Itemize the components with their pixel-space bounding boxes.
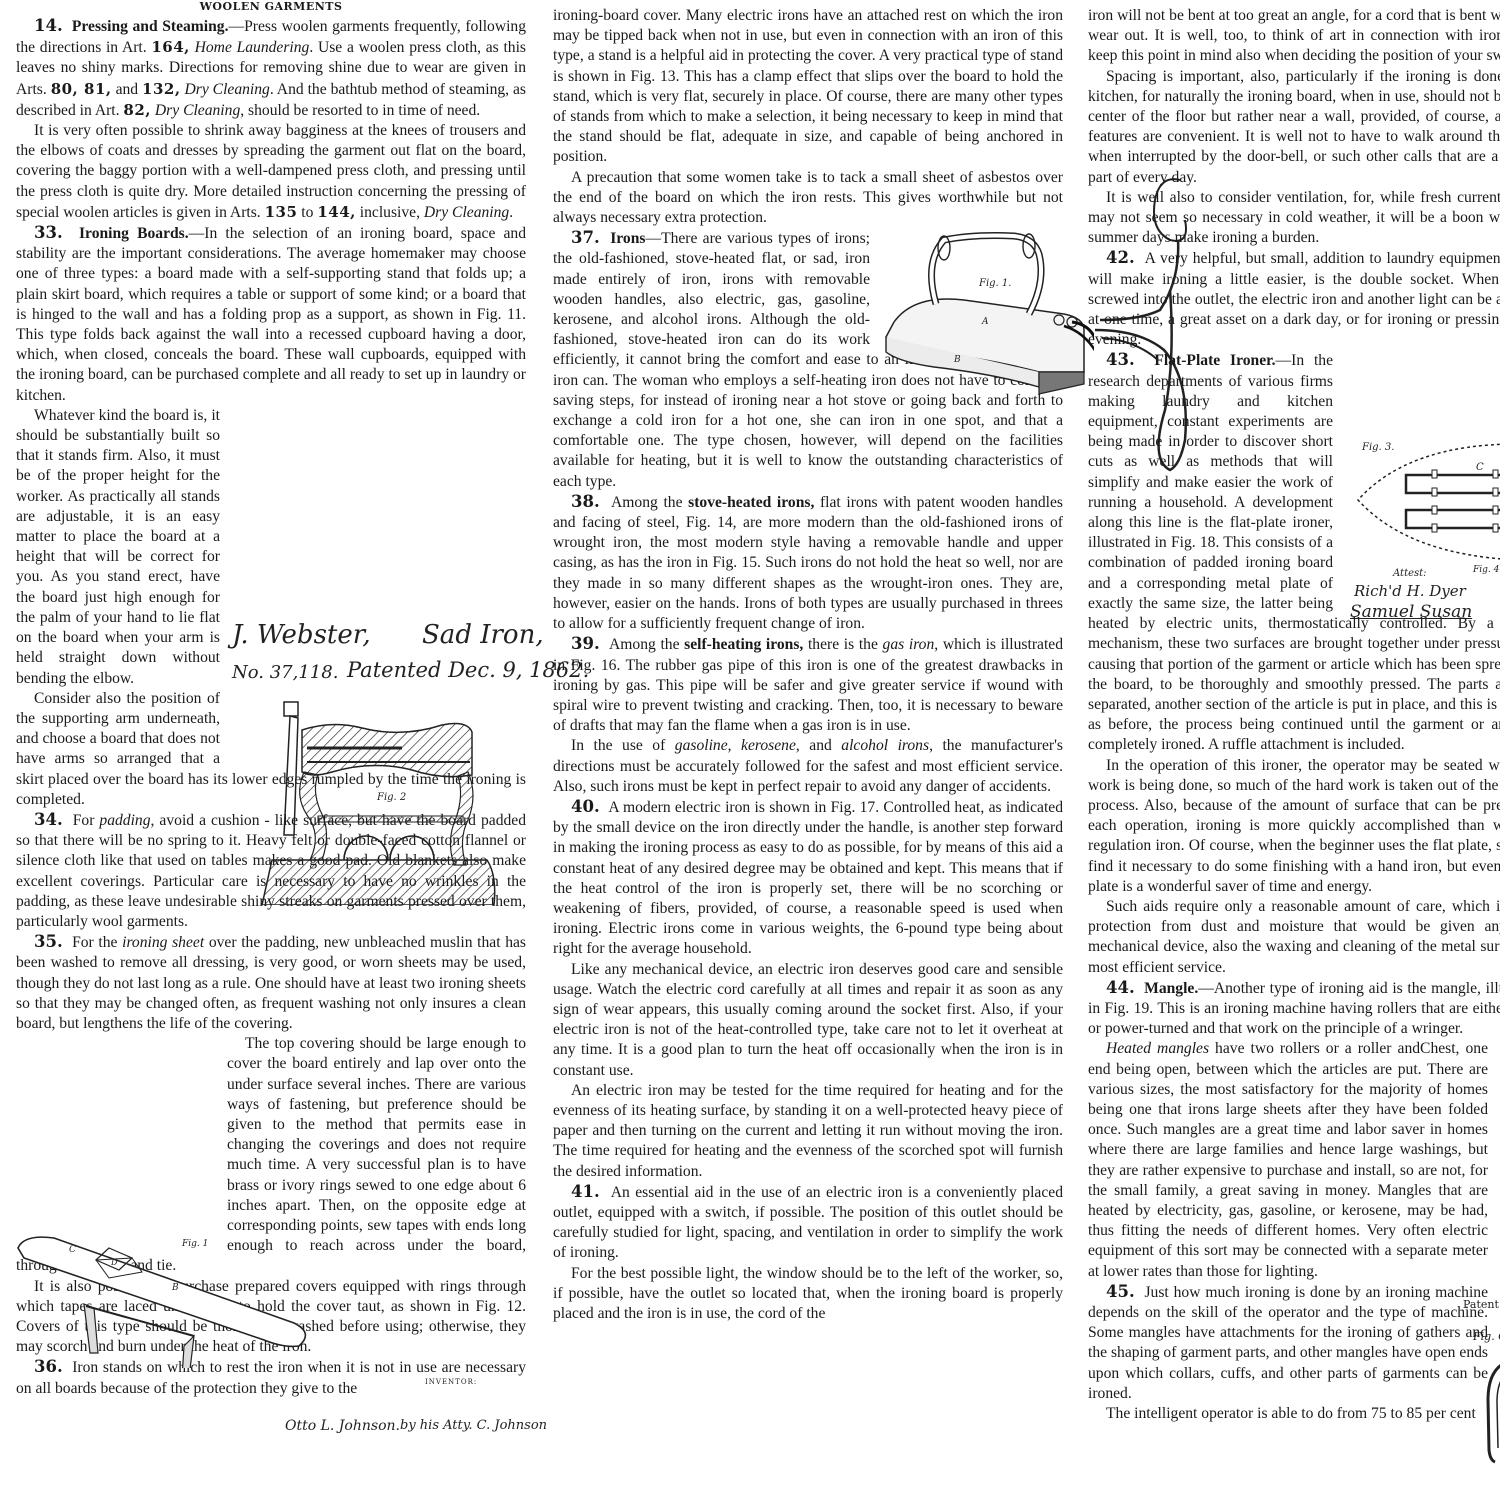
paragraph-such-aids: Such aids require only a reasonable amou…: [1088, 897, 1500, 978]
svg-text:D: D: [110, 1258, 118, 1267]
article-number: 34.: [34, 810, 63, 829]
paragraph-like-any: Like any mechanical device, an electric …: [553, 960, 1063, 1081]
paragraph-ventilation: It is well also to consider ventilation,…: [1088, 188, 1500, 249]
article-45: 45. Just how much ironing is done by an …: [1088, 1282, 1500, 1404]
article-14: 14. Pressing and Steaming.—Press woolen …: [16, 16, 526, 121]
document-page: WOOLEN GARMENTS 14. Pressing and Steamin…: [0, 0, 1500, 1500]
article-39: 39. Among the self-heating irons, there …: [553, 634, 1063, 736]
article-number: 33.: [34, 223, 63, 242]
svg-text:Fig. 1: Fig. 1: [181, 1239, 208, 1249]
paragraph-cord-cont: iron will not be bent at too great an an…: [1088, 6, 1500, 67]
svg-text:Fig. 1.: Fig. 1.: [978, 278, 1011, 289]
inventor-signature: Otto L. Johnson.: [285, 1418, 400, 1434]
inventor-label: INVENTOR:: [425, 1378, 477, 1386]
article-38: 38. Among the stove-heated irons, flat i…: [553, 492, 1063, 634]
article-41: 41. An essential aid in the use of an el…: [553, 1182, 1063, 1264]
article-number: 37.: [571, 228, 600, 247]
svg-text:Fig. 4.: Fig. 4.: [1472, 565, 1500, 575]
mangle-roller-icon: [1453, 1290, 1500, 1490]
article-33: 33. Ironing Boards.—In the selection of …: [16, 223, 526, 406]
svg-text:C: C: [1476, 462, 1484, 473]
article-heading: Mangle.: [1144, 980, 1198, 997]
article-heading: Irons: [610, 230, 645, 247]
sad-iron-icon: Fig. 1. A B: [874, 222, 1094, 412]
article-number: 39.: [571, 634, 600, 653]
paragraph-spacing: Spacing is important, also, particularly…: [1088, 67, 1500, 188]
column-middle: ironing-board cover. Many electric irons…: [553, 6, 1063, 1324]
ironing-board-icon: C D B Fig. 1: [14, 1228, 314, 1368]
attest-label: Attest:: [1393, 568, 1427, 579]
article-number: 43.: [1106, 350, 1135, 369]
figure-ironing-board: C D B Fig. 1: [14, 1228, 314, 1368]
flat-plate-diagram-icon: Fig. 3. C Fig. 4.: [1348, 430, 1500, 630]
paragraph-operation: In the operation of this ironer, the ope…: [1088, 756, 1500, 897]
paragraph-bagginess: It is very often possible to shrink away…: [16, 121, 526, 223]
article-number: 38.: [571, 492, 600, 511]
figure-electric-iron: Fig. 1. A B: [874, 222, 1094, 412]
svg-text:B: B: [953, 355, 961, 365]
article-number: 45.: [1106, 1282, 1135, 1301]
article-heading: Pressing and Steaming.: [72, 18, 229, 35]
paragraph-precaution: A precaution that some women take is to …: [553, 168, 1063, 229]
svg-text:C: C: [69, 1245, 76, 1255]
article-44: 44. Mangle.—Another type of ironing aid …: [1088, 978, 1500, 1040]
article-heading: Flat-Plate Ironer.: [1154, 352, 1275, 369]
article-40: 40. A modern electric iron is shown in F…: [553, 797, 1063, 960]
paragraph-intelligent: The intelligent operator is able to do f…: [1088, 1404, 1500, 1424]
paragraph-gasoline: In the use of gasoline, kerosene, and al…: [553, 736, 1063, 797]
paragraph-heated-mangles: Heated mangles have two rollers or a rol…: [1088, 1039, 1500, 1281]
article-35: 35. For the ironing sheet over the paddi…: [16, 932, 526, 1034]
paragraph-light: For the best possible light, the window …: [553, 1264, 1063, 1325]
figure-webster-sad-iron: J. Webster, Sad Iron, No. 37,118. Patent…: [232, 620, 532, 905]
article-number: 44.: [1106, 978, 1135, 997]
attorney-signature: by his Atty. C. Johnson: [400, 1418, 547, 1433]
attest-signature-2: Samuel Susan: [1350, 602, 1472, 622]
article-number: 41.: [571, 1182, 600, 1201]
paragraph-stand-cont: ironing-board cover. Many electric irons…: [553, 6, 1063, 168]
figure-mangle-fragment: Patent Fig. G: [1453, 1290, 1500, 1490]
paragraph-tested: An electric iron may be tested for the t…: [553, 1081, 1063, 1182]
sad-iron-cross-section-icon: Fig. 2: [232, 620, 532, 905]
figure-inventor-signature: INVENTOR: Otto L. Johnson. by his Atty. …: [270, 1378, 570, 1448]
article-heading: Ironing Boards.: [79, 225, 189, 242]
article-number: 40.: [571, 797, 600, 816]
article-42: 42. A very helpful, but small, addition …: [1088, 248, 1500, 350]
svg-text:Fig. 3.: Fig. 3.: [1361, 442, 1394, 453]
svg-text:A: A: [981, 317, 989, 327]
figure-flat-plate: Fig. 3. C Fig. 4. Attest: Rich'd H. Dyer…: [1348, 430, 1500, 630]
article-number: 35.: [34, 932, 63, 951]
column-right: iron will not be bent at too great an an…: [1088, 6, 1500, 1454]
attest-signature-1: Rich'd H. Dyer: [1354, 582, 1466, 600]
svg-text:B: B: [171, 1283, 179, 1293]
article-number: 14.: [34, 16, 63, 35]
svg-text:Fig. 2: Fig. 2: [376, 792, 406, 803]
running-head: WOOLEN GARMENTS: [16, 0, 526, 14]
article-number: 42.: [1106, 248, 1135, 267]
column-right-clip: iron will not be bent at too great an an…: [1088, 0, 1500, 1500]
